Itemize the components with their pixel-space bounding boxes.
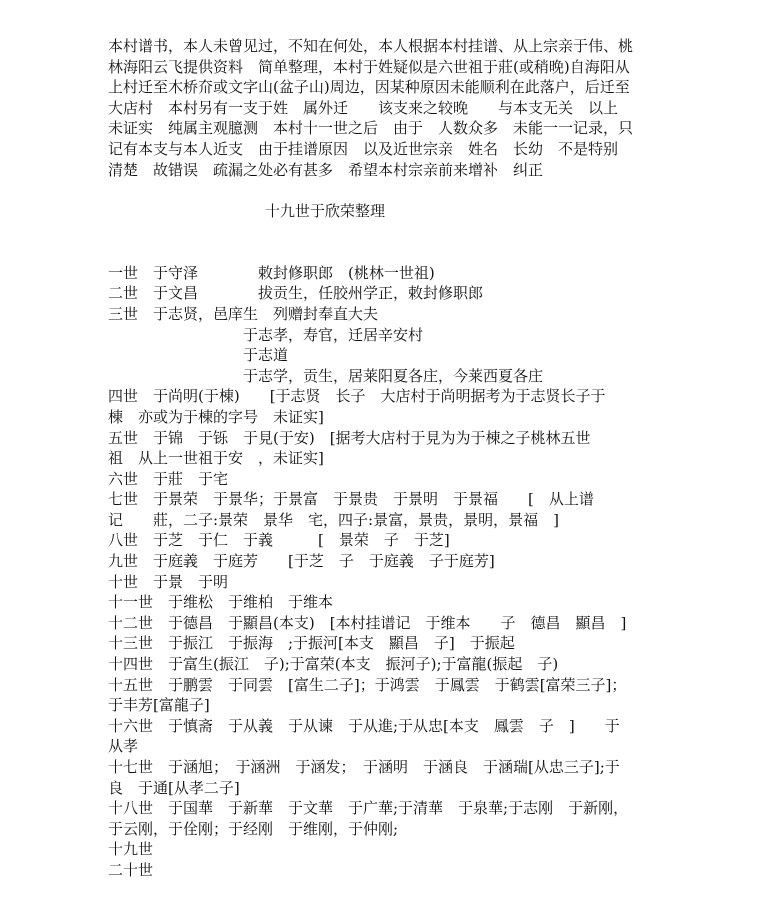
generation-line: 良 于通[从孝二子] <box>108 778 653 799</box>
generation-line: 十世 于景 于明 <box>108 572 653 593</box>
generation-line: 从孝 <box>108 736 653 757</box>
generation-line: 六世 于莊 于宅 <box>108 469 653 490</box>
generation-line: 十二世 于德昌 于顯昌(本支) [本村挂谱记 于维本 子 德昌 顯昌 ] <box>108 613 653 634</box>
generation-line: 棟 亦或为于棟的字号 未证实] <box>108 407 653 428</box>
generation-list: 一世 于守泽 敕封修职郎 (桃林一世祖) 二世 于文昌 拔贡生，任胶州学正，敕封… <box>108 263 653 881</box>
generation-line: 十一世 于维松 于维柏 于维本 <box>108 592 653 613</box>
intro-paragraph: 本村谱书，本人未曾见过，不知在何处，本人根据本村挂谱、从上宗亲于伟、桃 林海阳云… <box>108 36 653 180</box>
generation-line: 五世 于锦 于铄 于見(于安) [据考大店村于見为为于棟之子桃林五世 <box>108 428 653 449</box>
generation-line: 八世 于芝 于仁 于義 [ 景荣 子 于芝] <box>108 530 653 551</box>
generation-line: 十三世 于振江 于振海 ;于振河[本支 顯昌 子] 于振起 <box>108 633 653 654</box>
generation-line: 十七世 于涵旭； 于涵洲 于涵发； 于涵明 于涵良 于涵瑞[从忠三子];于 <box>108 757 653 778</box>
intro-line: 未证实 纯属主观臆测 本村十一世之后 由于 人数众多 未能一一记录，只 <box>108 118 653 139</box>
compiler-title: 十九世于欣荣整理 <box>108 201 653 222</box>
generation-line: 十六世 于慎斋 于从義 于从谏 于从進;于从忠[本支 鳳雲 子 ] 于 <box>108 716 653 737</box>
generation-line: 十五世 于鹏雲 于同雲 [富生二子]；于鸿雲 于鳳雲 于鹤雲[富荣三子]； <box>108 675 653 696</box>
generation-line: 七世 于景荣 于景华；于景富 于景贵 于景明 于景福 [ 从上谱 <box>108 489 653 510</box>
generation-line: 祖 从上一世祖于安 ，未证实] <box>108 448 653 469</box>
generation-line: 于志道 <box>108 345 653 366</box>
generation-line: 十八世 于国華 于新華 于文華 于广華;于清華 于泉華;于志刚 于新刚， <box>108 798 653 819</box>
generation-line: 四世 于尚明(于棟) [于志贤 长子 大店村于尚明据考为于志贤长子于 <box>108 386 653 407</box>
generation-line: 十四世 于富生(振江 子);于富荣(本支 振河子);于富龍(振起 子) <box>108 654 653 675</box>
intro-line: 本村谱书，本人未曾见过，不知在何处，本人根据本村挂谱、从上宗亲于伟、桃 <box>108 36 653 57</box>
generation-line: 一世 于守泽 敕封修职郎 (桃林一世祖) <box>108 263 653 284</box>
intro-line: 上村迁至木桥夼或文字山(盆子山)周边，因某种原因未能顺利在此落户，后迁至 <box>108 77 653 98</box>
spacer <box>108 222 653 263</box>
intro-line: 清楚 故错误 疏漏之处必有甚多 希望本村宗亲前来增补 纠正 <box>108 160 653 181</box>
generation-line: 于志学，贡生，居莱阳夏各庄，今莱西夏各庄 <box>108 366 653 387</box>
generation-line: 二世 于文昌 拔贡生，任胶州学正，敕封修职郎 <box>108 283 653 304</box>
generation-line: 三世 于志贤，邑庠生 列赠封奉直大夫 <box>108 304 653 325</box>
intro-line: 大店村 本村另有一支于姓 属外迁 该支来之较晚 与本支无关 以上 <box>108 98 653 119</box>
generation-line: 十九世 <box>108 839 653 860</box>
document-page: 本村谱书，本人未曾见过，不知在何处，本人根据本村挂谱、从上宗亲于伟、桃 林海阳云… <box>108 36 653 881</box>
generation-line: 于云刚，于佺刚；于经刚 于维刚，于仲刚; <box>108 819 653 840</box>
generation-line: 九世 于庭義 于庭芳 [于芝 子 于庭義 子于庭芳] <box>108 551 653 572</box>
generation-line: 于志孝，寿官，迁居辛安村 <box>108 325 653 346</box>
generation-line: 记 莊，二子:景荣 景华 宅，四子:景富，景贵，景明，景福 ] <box>108 510 653 531</box>
intro-line: 林海阳云飞提供资料 简单整理，本村于姓疑似是六世祖于莊(或稍晚)自海阳从 <box>108 57 653 78</box>
generation-line: 于丰芳[富龍子] <box>108 695 653 716</box>
intro-line: 记有本支与本人近支 由于挂谱原因 以及近世宗亲 姓名 长幼 不是特别 <box>108 139 653 160</box>
generation-line: 二十世 <box>108 860 653 881</box>
